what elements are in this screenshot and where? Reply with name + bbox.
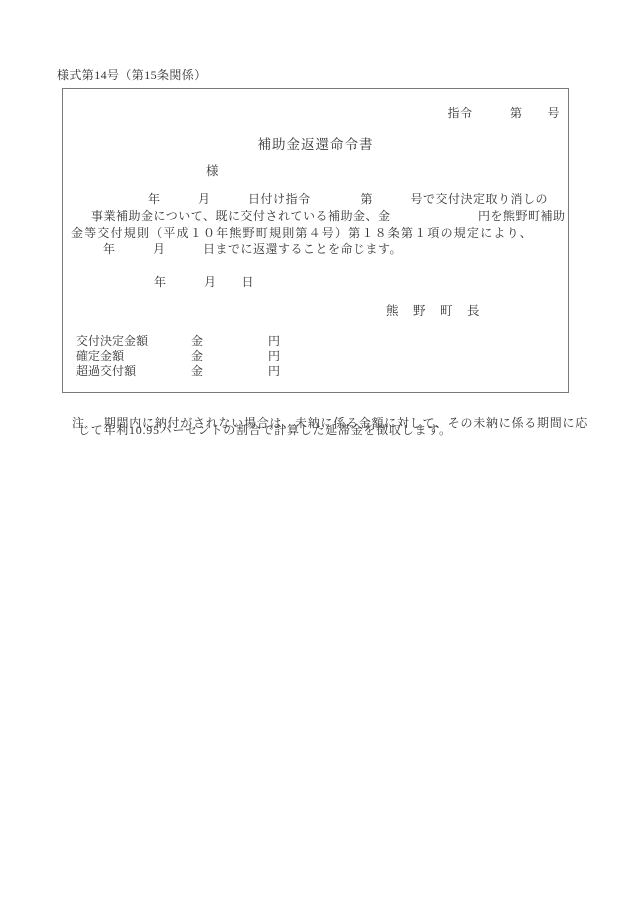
body-line-2: 事業補助金について、既に交付されている補助金、金 円を熊野町補助 [91,207,566,224]
body-line-4: 年 月 日までに返還することを命じます。 [103,240,402,257]
mayor-signature-line: 熊 野 町 長 [386,301,481,319]
addressee-label: 様 [206,161,219,179]
form-border-box: 指令 第 号 補助金返還命令書 様 年 月 日付け指令 第 号で交付決定取り消し… [62,88,569,393]
form-number-label: 様式第14号（第15条関係） [57,66,207,83]
document-page: 様式第14号（第15条関係） 指令 第 号 補助金返還命令書 様 年 月 日付け… [0,0,630,915]
body-line-1: 年 月 日付け指令 第 号で交付決定取り消しの [148,190,548,207]
amount-unit-yen: 円 [268,362,280,379]
amount-currency-prefix: 金 [191,362,203,379]
amount-label: 超過交付額 [76,362,136,379]
body-line-3: 金等交付規則（平成１０年熊野町規則第４号）第１８条第１項の規定により、 [71,224,533,241]
footnote-line-2: じて年利10.95パーセントの割合で計算した延滞金を徴収します。 [78,421,452,438]
issue-date-line: 年 月 日 [154,273,254,290]
amount-row-grant-decision: 交付決定金額 金 円 [76,332,356,347]
amount-row-overpayment: 超過交付額 金 円 [76,362,356,377]
document-title: 補助金返還命令書 [63,133,568,153]
directive-number-line: 指令 第 号 [447,104,560,121]
amount-row-fixed: 確定金額 金 円 [76,347,356,362]
